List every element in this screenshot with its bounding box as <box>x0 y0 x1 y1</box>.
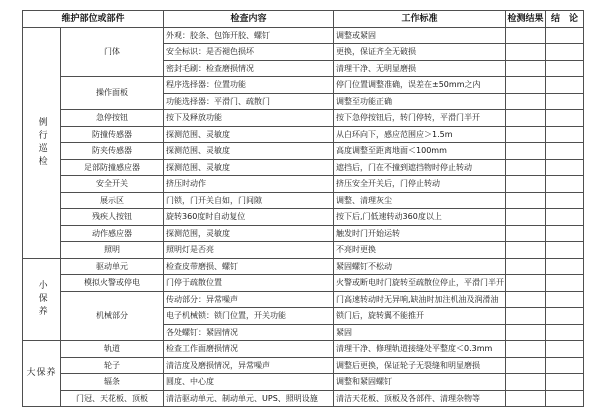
conclusion-cell <box>546 93 584 110</box>
table-row: 残疾人按钮 旋转360度时自动复位 按下后,门低速转动360度以上 <box>23 209 584 226</box>
table-row: 轮子 清洁度及磨损情况，异常噪声 调整后更换，保证轮子无裂缝和明显磨损 <box>23 357 584 374</box>
table-row: 防撞传感器 探测范围、灵敏度 从白环向下，感应范围应＞1.5m <box>23 126 584 143</box>
component-cell: 动作感应器 <box>61 225 164 242</box>
standard-cell: 按下急停按钮后，转门停转，平滑门半开 <box>334 110 506 127</box>
conclusion-cell <box>546 308 584 325</box>
component-cell: 展示区 <box>61 192 164 209</box>
conclusion-cell <box>546 225 584 242</box>
content-cell: 检查工作面磨损情况 <box>164 341 334 358</box>
standard-cell: 门高速转动时无异响,缺油时加注机油及润滑油 <box>334 291 506 308</box>
result-cell <box>506 225 546 242</box>
content-cell: 各处螺钉：紧固情况 <box>164 324 334 341</box>
standard-cell: 更换，保证齐全无破损 <box>334 44 506 61</box>
component-cell: 驱动单元 <box>61 258 164 275</box>
content-cell: 安全标识：是否褪色损坏 <box>164 44 334 61</box>
content-cell: 旋转360度时自动复位 <box>164 209 334 226</box>
conclusion-cell <box>546 390 584 407</box>
header-part: 维护部位或部件 <box>23 11 164 28</box>
maintenance-checklist-sheet: 维护部位或部件 检查内容 工作标准 检测结果 结 论 例行巡检 门体 外观：胶条… <box>0 0 600 414</box>
conclusion-cell <box>546 374 584 391</box>
standard-cell: 调整后更换，保证轮子无裂缝和明显磨损 <box>334 357 506 374</box>
standard-cell: 调整和紧固螺钉 <box>334 374 506 391</box>
conclusion-cell <box>546 126 584 143</box>
component-cell: 安全开关 <box>61 176 164 193</box>
content-cell: 程序选择器：位置功能 <box>164 77 334 94</box>
result-cell <box>506 77 546 94</box>
result-cell <box>506 176 546 193</box>
content-cell: 清洁度及磨损情况，异常噪声 <box>164 357 334 374</box>
conclusion-cell <box>546 324 584 341</box>
result-cell <box>506 27 546 44</box>
table-row: 展示区 门锁，门开关自如，门间隙 调整、清理灰尘 <box>23 192 584 209</box>
content-cell: 门锁，门开关自如，门间隙 <box>164 192 334 209</box>
conclusion-cell <box>546 357 584 374</box>
standard-cell: 清理干净、修理轨道接缝处平整度＜0.3mm <box>334 341 506 358</box>
component-cell: 机械部分 <box>61 291 164 341</box>
table-row: 照明 照明灯是否亮 不亮时更换 <box>23 242 584 259</box>
standard-cell: 火警或断电时门旋转至疏散位停止，平滑门半开 <box>334 275 506 292</box>
standard-cell: 紧固 <box>334 324 506 341</box>
result-cell <box>506 143 546 160</box>
conclusion-cell <box>546 209 584 226</box>
content-cell: 清洁驱动单元、制动单元、UPS、照明设施 <box>164 390 334 407</box>
component-cell: 轨道 <box>61 341 164 358</box>
result-cell <box>506 324 546 341</box>
component-cell: 足部防撞感应器 <box>61 159 164 176</box>
result-cell <box>506 291 546 308</box>
content-cell: 探测范围，灵敏度 <box>164 225 334 242</box>
table-row: 门冠、天花板、顶板 清洁驱动单元、制动单元、UPS、照明设施 清洁天花板、顶板及… <box>23 390 584 407</box>
result-cell <box>506 192 546 209</box>
component-cell: 轮子 <box>61 357 164 374</box>
content-cell: 功能选择器：平滑门、疏散门 <box>164 93 334 110</box>
result-cell <box>506 357 546 374</box>
standard-cell: 清理干净、无明显磨损 <box>334 60 506 77</box>
table-row: 大保养 轨道 检查工作面磨损情况 清理干净、修理轨道接缝处平整度＜0.3mm <box>23 341 584 358</box>
content-cell: 检查皮带磨损、螺钉 <box>164 258 334 275</box>
standard-cell: 调整、清理灰尘 <box>334 192 506 209</box>
result-cell <box>506 242 546 259</box>
table-row: 模拟火警或停电 门停于疏散位置 火警或断电时门旋转至疏散位停止，平滑门半开 <box>23 275 584 292</box>
conclusion-cell <box>546 110 584 127</box>
standard-cell: 高度调整至距离地面＜100mm <box>334 143 506 160</box>
header-standard: 工作标准 <box>334 11 506 28</box>
content-cell: 密封毛刷：检查磨损情况 <box>164 60 334 77</box>
result-cell <box>506 374 546 391</box>
standard-cell: 按下后,门低速转动360度以上 <box>334 209 506 226</box>
result-cell <box>506 390 546 407</box>
conclusion-cell <box>546 176 584 193</box>
result-cell <box>506 341 546 358</box>
group-label-major: 大保养 <box>23 341 61 407</box>
result-cell <box>506 110 546 127</box>
result-cell <box>506 258 546 275</box>
conclusion-cell <box>546 44 584 61</box>
header-content: 检查内容 <box>164 11 334 28</box>
content-cell: 探测范围、灵敏度 <box>164 159 334 176</box>
table-row: 足部防撞感应器 探测范围、灵敏度 遮挡后，门在不撞到遮挡物时停止转动 <box>23 159 584 176</box>
conclusion-cell <box>546 275 584 292</box>
content-cell: 照明灯是否亮 <box>164 242 334 259</box>
conclusion-cell <box>546 341 584 358</box>
conclusion-cell <box>546 27 584 44</box>
group-label-minor: 小保养 <box>23 258 61 341</box>
component-cell: 急停按钮 <box>61 110 164 127</box>
table-row: 例行巡检 门体 外观：胶条、包饰开胶、螺钉 调整或紧固 <box>23 27 584 44</box>
header-row: 维护部位或部件 检查内容 工作标准 检测结果 结 论 <box>23 11 584 28</box>
component-cell: 照明 <box>61 242 164 259</box>
result-cell <box>506 60 546 77</box>
table-row: 辐条 圆度、中心度 调整和紧固螺钉 <box>23 374 584 391</box>
result-cell <box>506 126 546 143</box>
standard-cell: 调整或紧固 <box>334 27 506 44</box>
standard-cell: 清洁天花板、顶板及各部件、清理杂物等 <box>334 390 506 407</box>
group-label-routine: 例行巡检 <box>23 27 61 258</box>
conclusion-cell <box>546 192 584 209</box>
standard-cell: 遮挡后，门在不撞到遮挡物时停止转动 <box>334 159 506 176</box>
standard-cell: 从白环向下，感应范围应＞1.5m <box>334 126 506 143</box>
conclusion-cell <box>546 143 584 160</box>
table-row: 小保养 驱动单元 检查皮带磨损、螺钉 紧固螺钉不松动 <box>23 258 584 275</box>
result-cell <box>506 209 546 226</box>
component-cell: 残疾人按钮 <box>61 209 164 226</box>
content-cell: 门停于疏散位置 <box>164 275 334 292</box>
table-row: 动作感应器 探测范围，灵敏度 触发时门开始运转 <box>23 225 584 242</box>
standard-cell: 调整至功能正确 <box>334 93 506 110</box>
component-cell: 模拟火警或停电 <box>61 275 164 292</box>
standard-cell: 挤压安全开关后，门停止转动 <box>334 176 506 193</box>
table-row: 操作面板 程序选择器：位置功能 停门位置调整准确，误差在±50mm之内 <box>23 77 584 94</box>
component-cell: 辐条 <box>61 374 164 391</box>
result-cell <box>506 159 546 176</box>
content-cell: 挤压时动作 <box>164 176 334 193</box>
table-row: 机械部分 传动部分：异常噪声 门高速转动时无异响,缺油时加注机油及润滑油 <box>23 291 584 308</box>
maintenance-table: 维护部位或部件 检查内容 工作标准 检测结果 结 论 例行巡检 门体 外观：胶条… <box>22 10 584 407</box>
conclusion-cell <box>546 242 584 259</box>
result-cell <box>506 308 546 325</box>
header-conclusion: 结 论 <box>546 11 584 28</box>
component-cell: 门冠、天花板、顶板 <box>61 390 164 407</box>
content-cell: 探测范围、灵敏度 <box>164 143 334 160</box>
standard-cell: 不亮时更换 <box>334 242 506 259</box>
content-cell: 按下及释放功能 <box>164 110 334 127</box>
standard-cell: 锁门后，旋转翼不能推开 <box>334 308 506 325</box>
component-cell: 门体 <box>61 27 164 77</box>
conclusion-cell <box>546 258 584 275</box>
content-cell: 探测范围、灵敏度 <box>164 126 334 143</box>
result-cell <box>506 93 546 110</box>
content-cell: 外观：胶条、包饰开胶、螺钉 <box>164 27 334 44</box>
content-cell: 传动部分：异常噪声 <box>164 291 334 308</box>
component-cell: 操作面板 <box>61 77 164 110</box>
table-row: 急停按钮 按下及释放功能 按下急停按钮后，转门停转，平滑门半开 <box>23 110 584 127</box>
conclusion-cell <box>546 159 584 176</box>
table-row: 安全开关 挤压时动作 挤压安全开关后，门停止转动 <box>23 176 584 193</box>
content-cell: 电子机械锁：锁门位置，开关功能 <box>164 308 334 325</box>
standard-cell: 紧固螺钉不松动 <box>334 258 506 275</box>
result-cell <box>506 275 546 292</box>
standard-cell: 停门位置调整准确，误差在±50mm之内 <box>334 77 506 94</box>
result-cell <box>506 44 546 61</box>
header-result: 检测结果 <box>506 11 546 28</box>
conclusion-cell <box>546 77 584 94</box>
table-row: 防夹传感器 探测范围、灵敏度 高度调整至距离地面＜100mm <box>23 143 584 160</box>
content-cell: 圆度、中心度 <box>164 374 334 391</box>
standard-cell: 触发时门开始运转 <box>334 225 506 242</box>
component-cell: 防夹传感器 <box>61 143 164 160</box>
conclusion-cell <box>546 60 584 77</box>
component-cell: 防撞传感器 <box>61 126 164 143</box>
conclusion-cell <box>546 291 584 308</box>
